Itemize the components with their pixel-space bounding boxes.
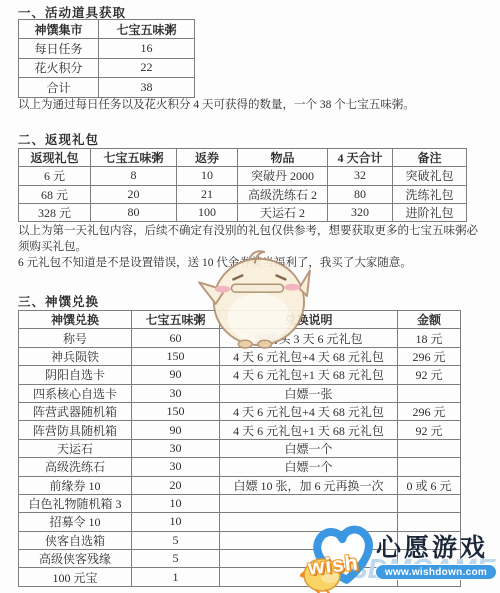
table-cell: 150 bbox=[132, 347, 220, 365]
column-header: 神馔集市 bbox=[19, 20, 99, 39]
table-cell: 80 bbox=[328, 185, 393, 203]
table-cell: 高级洗练石 bbox=[19, 458, 132, 476]
table-cell: 92 元 bbox=[398, 421, 461, 439]
table-row: 阵营武器随机箱1504 天 6 元礼包+4 天 68 元礼包296 元 bbox=[19, 402, 461, 420]
table-row: 阴阳自选卡904 天 6 元礼包+1 天 68 元礼包92 元 bbox=[19, 366, 461, 384]
table-cell: 4 天 6 元礼包+1 天 68 元礼包 bbox=[220, 421, 398, 439]
table-cell: 90 bbox=[132, 421, 220, 439]
column-header: 返券 bbox=[177, 149, 238, 167]
column-header: 物品 bbox=[238, 149, 328, 167]
table-cell: 4 天 6 元礼包+4 天 68 元礼包 bbox=[220, 347, 398, 365]
table-row: 阵营防具随机箱904 天 6 元礼包+1 天 68 元礼包92 元 bbox=[19, 421, 461, 439]
table-cell: 10 bbox=[132, 513, 220, 531]
table-cell: 每日任务 bbox=[19, 39, 99, 58]
table-cell: 328 元 bbox=[19, 203, 91, 221]
table-cell: 5 bbox=[132, 550, 220, 568]
table-cell: 21 bbox=[177, 185, 238, 203]
table-row: 神兵陨铁1504 天 6 元礼包+4 天 68 元礼包296 元 bbox=[19, 347, 461, 365]
column-header: 七宝五味粥 bbox=[91, 149, 177, 167]
section-title-exchange: 三、神馔兑换 bbox=[18, 292, 99, 310]
table-row: 6 元810突破丹 200032突破礼包 bbox=[19, 167, 467, 185]
table-row: 合计38 bbox=[19, 78, 195, 97]
table-cell: 32 bbox=[328, 167, 393, 185]
table-cell: 白嫖一张 bbox=[220, 384, 398, 402]
table-cell: 阴阳自选卡 bbox=[19, 366, 132, 384]
table-row: 高级洗练石30白嫖一个 bbox=[19, 458, 461, 476]
table-cell: 10 bbox=[132, 494, 220, 512]
table-cell: 8 bbox=[91, 167, 177, 185]
table-cell: 白色礼物随机箱 3 bbox=[19, 494, 132, 512]
activity-items-note: 以上为通过每日任务以及花火积分 4 天可获得的数量，一个 38 个七宝五味粥。 bbox=[18, 97, 480, 113]
table-cell: 神兵陨铁 bbox=[19, 347, 132, 365]
table-cell: 320 bbox=[328, 203, 393, 221]
table-row: 四系核心自选卡30白嫖一张 bbox=[19, 384, 461, 402]
table-row: 花火积分22 bbox=[19, 58, 195, 77]
column-header: 金额 bbox=[398, 311, 461, 329]
table-cell: 白嫖一个 bbox=[220, 458, 398, 476]
section-title-cashback-packs: 二、返现礼包 bbox=[18, 130, 99, 148]
table-cell bbox=[398, 439, 461, 457]
table-cell: 100 bbox=[177, 203, 238, 221]
column-header: 七宝五味粥 bbox=[99, 20, 195, 39]
column-header: 备注 bbox=[393, 149, 467, 167]
header-row: 神馔集市七宝五味粥 bbox=[19, 20, 195, 39]
table-cell: 100 元宝 bbox=[19, 568, 132, 586]
table-row: 68 元2021高级洗练石 280洗练礼包 bbox=[19, 185, 467, 203]
table-cell: 22 bbox=[99, 58, 195, 77]
site-watermark: 3DMGAME 心愿游戏 www.wishdown.com wish bbox=[296, 517, 500, 593]
table-cell: 20 bbox=[132, 476, 220, 494]
column-header: 返现礼包 bbox=[19, 149, 91, 167]
table-cell: 高级侠客残缘 bbox=[19, 550, 132, 568]
header-row: 返现礼包七宝五味粥返券物品4 天合计备注 bbox=[19, 149, 467, 167]
cashback-packs-table: 返现礼包七宝五味粥返券物品4 天合计备注6 元810突破丹 200032突破礼包… bbox=[18, 148, 467, 222]
table-cell: 四系核心自选卡 bbox=[19, 384, 132, 402]
table-cell: 150 bbox=[132, 402, 220, 420]
table-cell: 4 天 6 元礼包+1 天 68 元礼包 bbox=[220, 366, 398, 384]
table-cell: 296 元 bbox=[398, 347, 461, 365]
table-cell: 白嫖 10 张，加 6 元再换一次 bbox=[220, 476, 398, 494]
table-cell: 10 bbox=[177, 167, 238, 185]
table-cell: 阵营武器随机箱 bbox=[19, 402, 132, 420]
table-cell: 90 bbox=[132, 366, 220, 384]
table-cell: 天运石 2 bbox=[238, 203, 328, 221]
table-cell: 30 bbox=[132, 384, 220, 402]
table-cell bbox=[398, 458, 461, 476]
table-cell: 1 bbox=[132, 568, 220, 586]
table-cell: 进阶礼包 bbox=[393, 203, 467, 221]
table-cell: 前缘券 10 bbox=[19, 476, 132, 494]
table-cell bbox=[398, 384, 461, 402]
table-cell: 洗练礼包 bbox=[393, 185, 467, 203]
table-cell: 花火积分 bbox=[19, 58, 99, 77]
table-cell: 合计 bbox=[19, 78, 99, 97]
table-cell: 4 天 6 元礼包+4 天 68 元礼包 bbox=[220, 402, 398, 420]
table-cell: 6 元 bbox=[19, 167, 91, 185]
column-header: 4 天合计 bbox=[328, 149, 393, 167]
table-cell bbox=[398, 494, 461, 512]
table-cell: 突破礼包 bbox=[393, 167, 467, 185]
column-header: 神馔兑换 bbox=[19, 311, 132, 329]
table-cell: 16 bbox=[99, 39, 195, 58]
table-row: 每日任务16 bbox=[19, 39, 195, 58]
table-cell: 白嫖一个 bbox=[220, 439, 398, 457]
table-row: 天运石30白嫖一个 bbox=[19, 439, 461, 457]
table-row: 白色礼物随机箱 310 bbox=[19, 494, 461, 512]
activity-items-table: 神馔集市七宝五味粥每日任务16花火积分22合计38 bbox=[18, 19, 195, 98]
table-cell: 30 bbox=[132, 439, 220, 457]
table-cell: 招募令 10 bbox=[19, 513, 132, 531]
table-cell: 突破丹 2000 bbox=[238, 167, 328, 185]
table-cell: 80 bbox=[91, 203, 177, 221]
table-cell: 92 元 bbox=[398, 366, 461, 384]
table-cell: 38 bbox=[99, 78, 195, 97]
table-row: 328 元80100天运石 2320进阶礼包 bbox=[19, 203, 467, 221]
table-cell: 侠客自选箱 bbox=[19, 531, 132, 549]
document-page: 一、活动道具获取 神馔集市七宝五味粥每日任务16花火积分22合计38 以上为通过… bbox=[0, 0, 500, 593]
table-cell: 天运石 bbox=[19, 439, 132, 457]
table-cell: 20 bbox=[91, 185, 177, 203]
table-cell: 18 元 bbox=[398, 329, 461, 347]
table-cell: 0 或 6 元 bbox=[398, 476, 461, 494]
table-cell: 30 bbox=[132, 458, 220, 476]
watermark-url-badge: www.wishdown.com bbox=[375, 564, 497, 580]
watermark-brand-text: 心愿游戏 bbox=[376, 528, 488, 564]
chick-mascot-image bbox=[197, 247, 312, 350]
table-row: 前缘券 1020白嫖 10 张，加 6 元再换一次0 或 6 元 bbox=[19, 476, 461, 494]
table-cell: 5 bbox=[132, 531, 220, 549]
table-cell bbox=[220, 494, 398, 512]
table-cell: 296 元 bbox=[398, 402, 461, 420]
table-cell: 阵营防具随机箱 bbox=[19, 421, 132, 439]
table-cell: 68 元 bbox=[19, 185, 91, 203]
table-cell: 称号 bbox=[19, 329, 132, 347]
table-cell: 高级洗练石 2 bbox=[238, 185, 328, 203]
